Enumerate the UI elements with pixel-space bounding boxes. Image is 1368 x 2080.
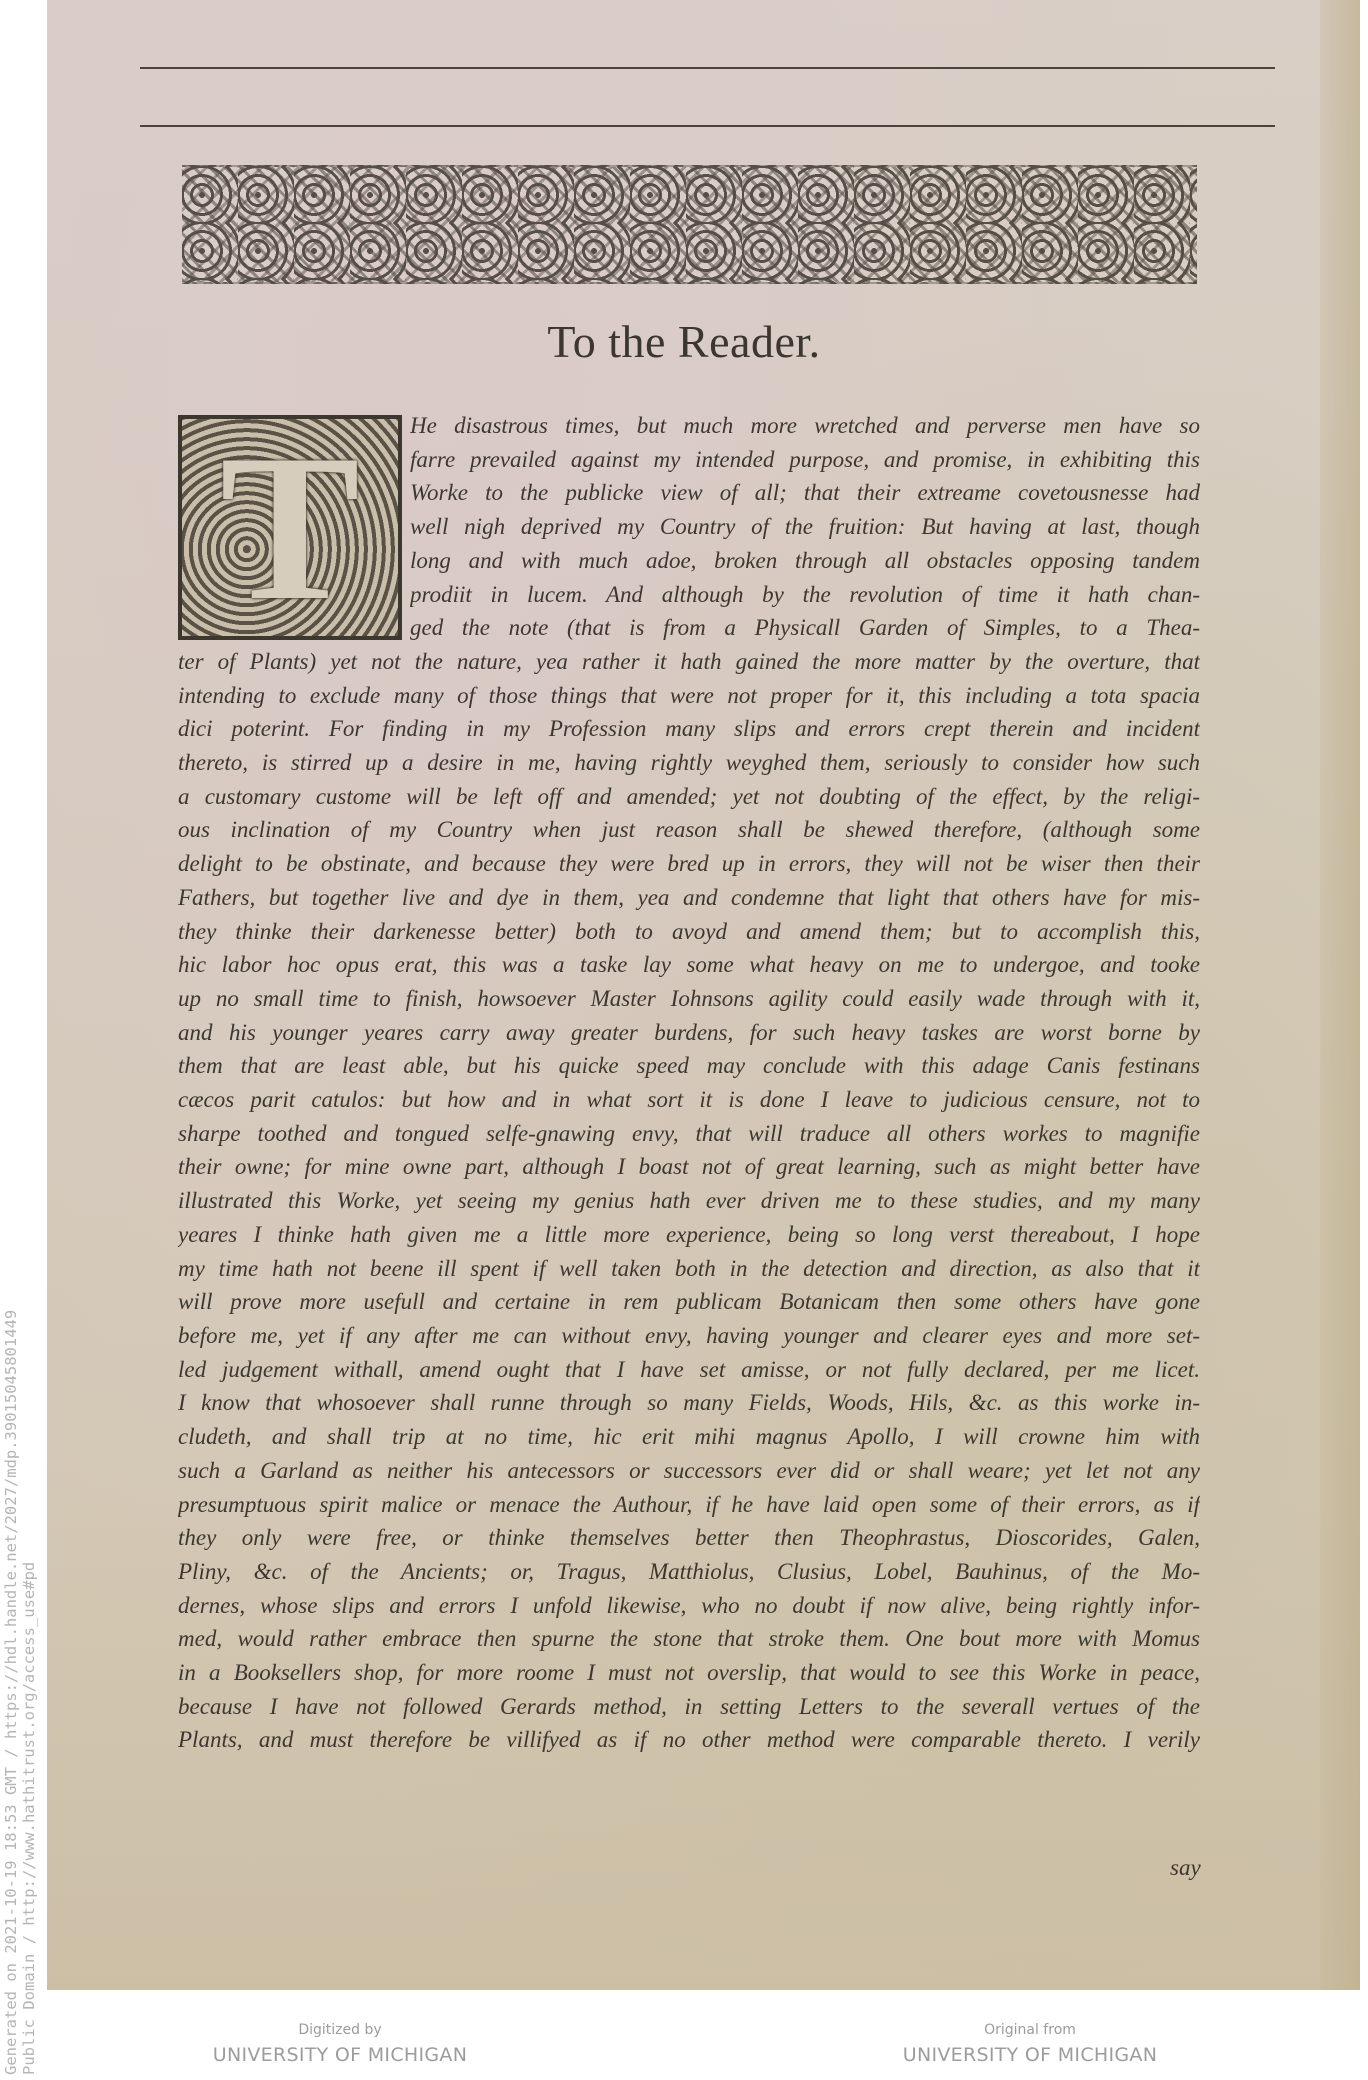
text-line: and his younger yeares carry away greate…	[178, 1016, 1200, 1050]
text-line: they only were free, or thinke themselve…	[178, 1521, 1200, 1555]
page-edge	[1320, 0, 1360, 1990]
text-line: long and with much adoe, broken through …	[410, 544, 1200, 578]
text-line: will prove more usefull and certaine in …	[178, 1285, 1200, 1319]
text-line: ter of Plants) yet not the nature, yea r…	[178, 645, 1200, 679]
page-title: To the Reader.	[0, 315, 1368, 368]
body-text: He disastrous times, but much more wretc…	[178, 409, 1200, 1757]
catchword: say	[1170, 1855, 1201, 1881]
text-line: such a Garland as neither his antecessor…	[178, 1454, 1200, 1488]
text-line: my time hath not beene ill spent if well…	[178, 1252, 1200, 1286]
ornamental-headpiece-icon	[182, 165, 1197, 284]
text-line: they thinke their darkenesse better) bot…	[178, 915, 1200, 949]
text-line: ged the note (that is from a Physicall G…	[410, 611, 1200, 645]
watermark-line-rights: Public Domain / http://www.hathitrust.or…	[20, 1310, 38, 2075]
watermark-line-generated: Generated on 2021-10-19 18:53 GMT / http…	[2, 1310, 20, 2075]
text-line: Fathers, but together live and dye in th…	[178, 881, 1200, 915]
text-line: a customary custome will be left off and…	[178, 780, 1200, 814]
text-line: presumptuous spirit malice or menace the…	[178, 1488, 1200, 1522]
text-line: farre prevailed against my intended purp…	[410, 443, 1200, 477]
text-line: I know that whosoever shall runne throug…	[178, 1386, 1200, 1420]
text-line: their owne; for mine owne part, although…	[178, 1150, 1200, 1184]
text-line: Pliny, &c. of the Ancients; or, Tragus, …	[178, 1555, 1200, 1589]
top-rule	[140, 67, 1275, 69]
footer-original-from: Original from UNIVERSITY OF MICHIGAN	[880, 2022, 1180, 2066]
text-line: them that are least able, but his quicke…	[178, 1049, 1200, 1083]
text-line: Worke to the publicke view of all; that …	[410, 476, 1200, 510]
text-line: led judgement withall, amend ought that …	[178, 1353, 1200, 1387]
text-line: med, would rather embrace then spurne th…	[178, 1622, 1200, 1656]
footer-digitized-by: Digitized by UNIVERSITY OF MICHIGAN	[190, 2022, 490, 2066]
text-line: ous inclination of my Country when just …	[178, 813, 1200, 847]
text-line: delight to be obstinate, and because the…	[178, 847, 1200, 881]
hathitrust-watermark: Generated on 2021-10-19 18:53 GMT / http…	[2, 1310, 38, 2075]
digitized-by-label: Digitized by	[190, 2022, 490, 2038]
text-line: prodiit in lucem. And although by the re…	[410, 578, 1200, 612]
text-line: dici poterint. For finding in my Profess…	[178, 712, 1200, 746]
text-line: sharpe toothed and tongued selfe-gnawing…	[178, 1117, 1200, 1151]
text-line: yeares I thinke hath given me a little m…	[178, 1218, 1200, 1252]
digitized-by-org: UNIVERSITY OF MICHIGAN	[190, 2044, 490, 2066]
text-line: dernes, whose slips and errors I unfold …	[178, 1589, 1200, 1623]
text-line: illustrated this Worke, yet seeing my ge…	[178, 1184, 1200, 1218]
second-rule	[140, 125, 1275, 127]
text-line: well nigh deprived my Country of the fru…	[410, 510, 1200, 544]
text-line: hic labor hoc opus erat, this was a task…	[178, 948, 1200, 982]
text-line: cludeth, and shall trip at no time, hic …	[178, 1420, 1200, 1454]
original-from-label: Original from	[880, 2022, 1180, 2038]
text-line: up no small time to finish, howsoever Ma…	[178, 982, 1200, 1016]
original-from-org: UNIVERSITY OF MICHIGAN	[880, 2044, 1180, 2066]
text-line: cæcos parit catulos: but how and in what…	[178, 1083, 1200, 1117]
text-line: thereto, is stirred up a desire in me, h…	[178, 746, 1200, 780]
text-line: before me, yet if any after me can witho…	[178, 1319, 1200, 1353]
text-line: because I have not followed Gerards meth…	[178, 1690, 1200, 1724]
text-line: Plants, and must therefore be villifyed …	[178, 1723, 1200, 1757]
text-line: He disastrous times, but much more wretc…	[410, 409, 1200, 443]
text-line: in a Booksellers shop, for more roome I …	[178, 1656, 1200, 1690]
text-line: intending to exclude many of those thing…	[178, 679, 1200, 713]
